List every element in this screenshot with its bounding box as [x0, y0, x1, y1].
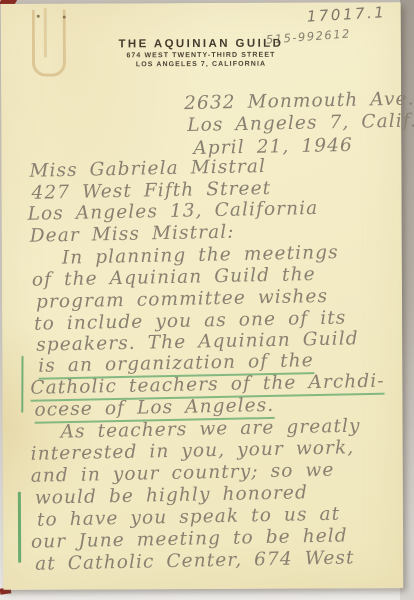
green-margin-line: [21, 356, 23, 413]
letterhead: THE AQUINIAN GUILD 674 WEST TWENTY-THIRD…: [1, 37, 401, 69]
scanned-letter-background: 17017.1 515-992612 THE AQUINIAN GUILD 67…: [0, 0, 414, 600]
letterhead-title: THE AQUINIAN GUILD: [1, 37, 401, 51]
paperclip-rust-dots: [37, 15, 40, 18]
letter-date: April 21, 1946: [193, 135, 353, 159]
letter-page: 17017.1 515-992612 THE AQUINIAN GUILD 67…: [1, 2, 404, 590]
archival-number: 17017.1: [307, 3, 387, 25]
salutation: Dear Miss Mistral:: [30, 222, 235, 247]
green-margin-line: [18, 492, 21, 563]
recipient-line: Los Angeles 13, California: [27, 198, 318, 225]
sender-address-line: Los Angeles 7, Calif.: [187, 110, 414, 136]
letterhead-city: LOS ANGELES 7, CALIFORNIA: [1, 60, 401, 69]
letterhead-street: 674 WEST TWENTY-THIRD STREET: [1, 51, 401, 60]
